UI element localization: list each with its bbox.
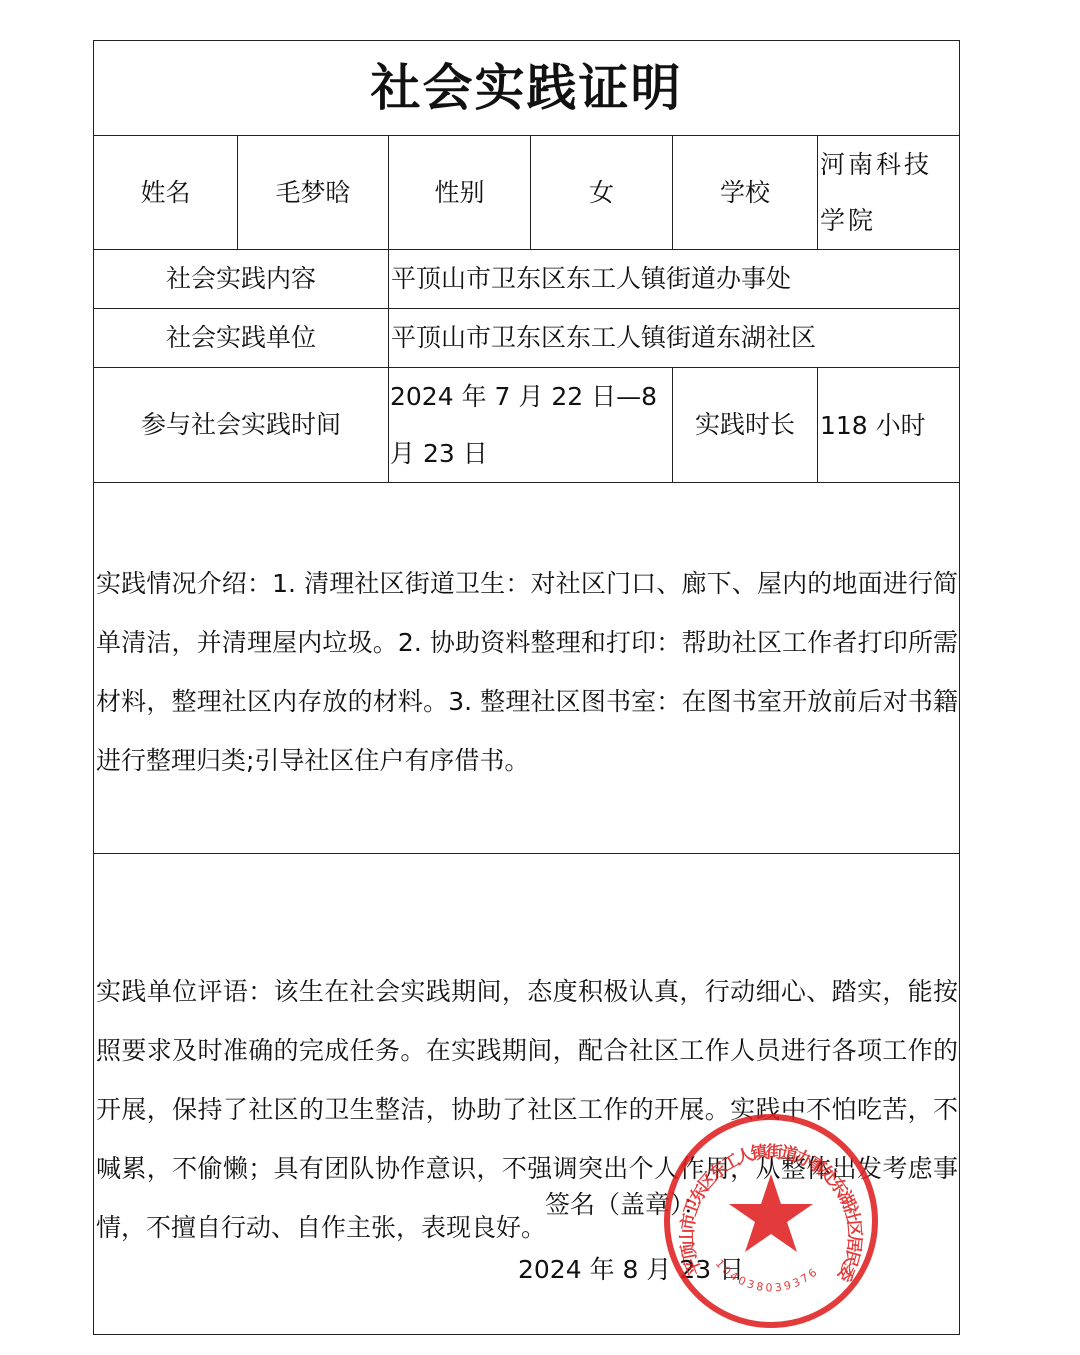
title-cell: 社会实践证明 [94,41,960,136]
practice-content-value: 平顶山市卫东区东工人镇街道办事处 [389,250,960,309]
practice-time-label: 参与社会实践时间 [94,368,389,483]
svg-text:104038039376: 104038039376 [713,1257,820,1294]
seal-star-icon [729,1174,813,1252]
duration-label: 实践时长 [673,368,818,483]
official-seal-icon: 平顶山市卫东区东工人镇街道办事处东湖社区居民委员会 104038039376 [662,1112,880,1330]
practice-unit-label: 社会实践单位 [94,309,389,368]
practice-content-label: 社会实践内容 [94,250,389,309]
gender-value: 女 [531,136,673,250]
introduction-cell: 实践情况介绍：1. 清理社区街道卫生：对社区门口、廊下、屋内的地面进行简单清洁，… [94,483,960,854]
name-label: 姓名 [94,136,238,250]
document-title: 社会实践证明 [371,59,683,117]
name-value: 毛梦晗 [238,136,389,250]
school-label: 学校 [673,136,818,250]
introduction-text: 实践情况介绍：1. 清理社区街道卫生：对社区门口、廊下、屋内的地面进行简单清洁，… [94,546,959,790]
duration-value: 118 小时 [818,368,960,483]
seal-code: 104038039376 [713,1257,820,1294]
gender-label: 性别 [389,136,531,250]
practice-time-value: 2024 年 7 月 22 日—8 月 23 日 [389,368,673,483]
school-value: 河南科技学院 [818,136,960,250]
practice-unit-value: 平顶山市卫东区东工人镇街道东湖社区 [389,309,960,368]
